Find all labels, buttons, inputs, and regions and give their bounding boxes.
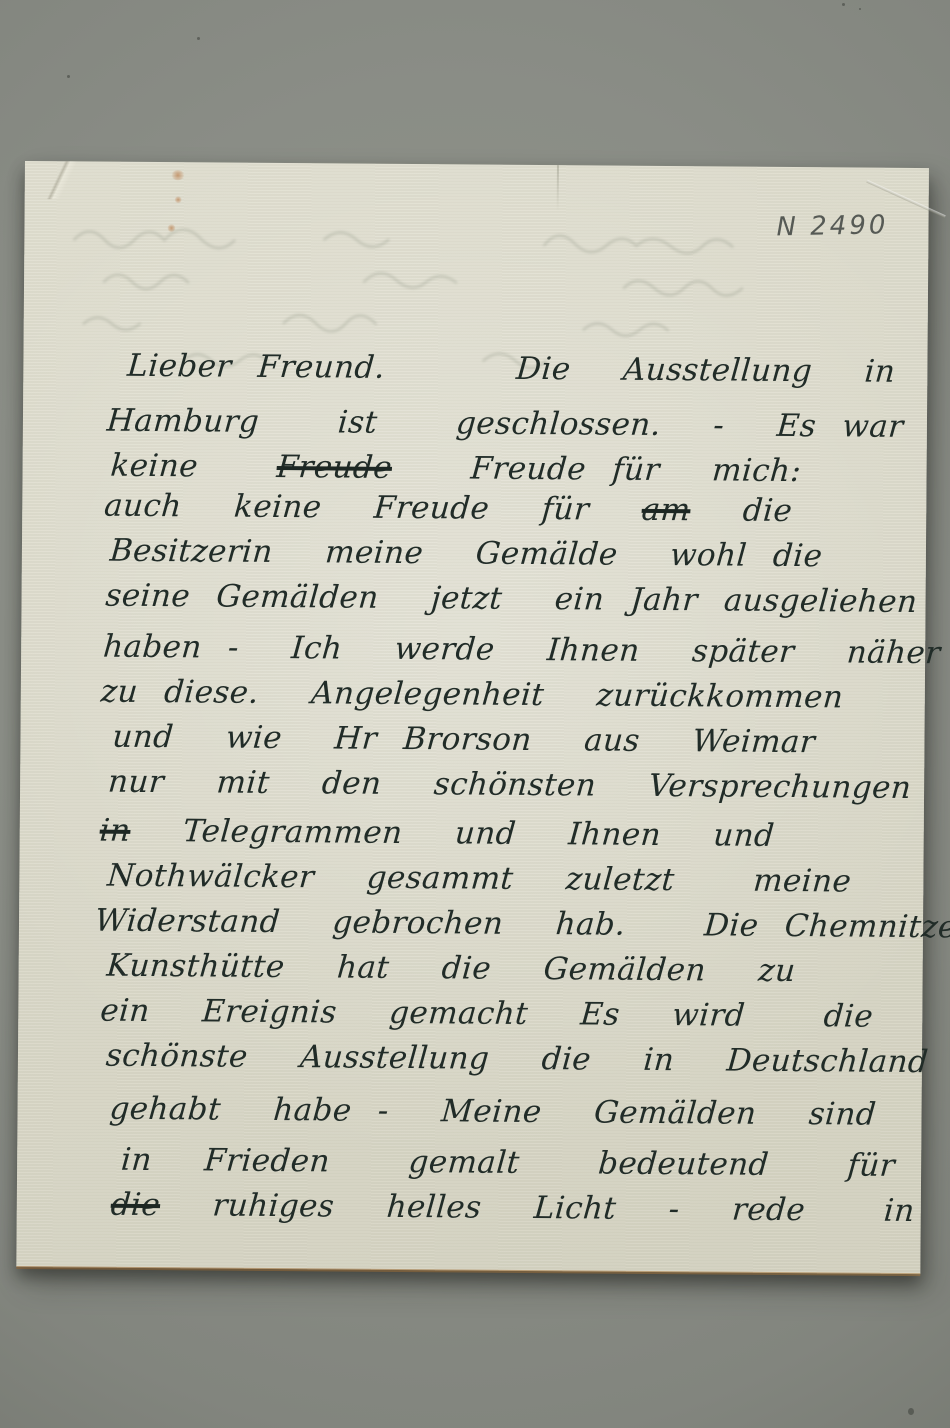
dust-speck <box>908 1408 914 1415</box>
letter-text-segment: auch keine Freude für <box>103 488 643 528</box>
letter-text-segment: Lieber Freund. Die Ausstellung in <box>126 348 897 390</box>
crossed-out-word: am <box>640 492 691 528</box>
crossed-out-word: in <box>98 813 131 849</box>
letter-text-segment: Freude für mich: <box>391 450 803 489</box>
letter-text-segment: schönste Ausstellung die in Deutschland <box>105 1038 930 1080</box>
letter-paper: N 2490 Lieber Freund. Die Ausstellung in… <box>16 161 929 1274</box>
letter-text-segment: seine Gemälden jetzt ein Jahr ausgeliehe… <box>104 578 919 620</box>
dust-speck <box>197 37 200 40</box>
letter-line: haben - Ich werde Ihnen später näher <box>19 624 926 676</box>
letter-text-segment: keine <box>109 448 278 485</box>
crossed-out-word: die <box>109 1187 161 1223</box>
inventory-number: N 2490 <box>776 210 888 242</box>
letter-text-segment: Besitzerin meine Gemälde wohl die <box>109 533 824 575</box>
rust-stain <box>175 196 182 203</box>
letter-text-segment: haben - Ich werde Ihnen später näher <box>102 629 942 672</box>
letter-text-segment: nur mit den schönsten Versprechungen <box>107 764 913 806</box>
letter-line: Kunsthütte hat die Gemälden zu <box>17 943 924 995</box>
letter-line: die ruhiges helles Licht - rede in <box>15 1182 922 1234</box>
letter-line: in Telegrammen und Ihnen und <box>18 808 925 860</box>
letter-text-segment: ein Ereignis gemacht Es wird die <box>99 993 875 1035</box>
letter-text-segment: Nothwälcker gesammt zuletzt meine <box>106 858 853 900</box>
letter-line: Nothwälcker gesammt zuletzt meine <box>18 853 925 905</box>
letter-line: Widerstand gebrochen hab. Die Chemnitzer <box>17 898 924 950</box>
letter-line: seine Gemälden jetzt ein Jahr ausgeliehe… <box>20 573 927 625</box>
paper-crease-top-center <box>557 165 559 211</box>
letter-line: schönste Ausstellung die in Deutschland <box>16 1033 923 1085</box>
letter-line: nur mit den schönsten Versprechungen <box>18 759 925 811</box>
rust-stain <box>167 224 175 232</box>
letter-text-segment: Hamburg ist geschlossen. - Es war <box>106 403 905 445</box>
photograph-background: N 2490 Lieber Freund. Die Ausstellung in… <box>0 0 950 1428</box>
letter-line: auch keine Freude für am die <box>21 483 928 535</box>
letter-text-segment: in Frieden gemalt bedeutend für <box>120 1142 897 1184</box>
letter-text-segment: Telegrammen und Ihnen und <box>129 813 776 854</box>
letter-text-segment: gehabt habe - Meine Gemälden sind <box>108 1091 877 1133</box>
crossed-out-word: Freude <box>275 449 393 486</box>
rust-stain <box>171 170 185 180</box>
letter-text-segment: und wie Hr Brorson aus Weimar <box>111 719 816 760</box>
letter-text-segment: die <box>689 492 794 529</box>
paper-fold-bottom-right <box>25 161 95 200</box>
letter-line: und wie Hr Brorson aus Weimar <box>19 714 926 766</box>
letter-line: gehabt habe - Meine Gemälden sind <box>16 1086 923 1138</box>
letter-text-segment: Kunsthütte hat die Gemälden zu <box>105 948 797 989</box>
dust-speck <box>859 8 861 10</box>
dust-speck <box>842 3 845 6</box>
letter-line: in Frieden gemalt bedeutend für <box>15 1137 922 1189</box>
dust-speck <box>67 75 70 78</box>
letter-line: zu diese. Angelegenheit zurückkommen <box>19 669 926 721</box>
letter-text-segment: zu diese. Angelegenheit zurückkommen <box>99 674 844 716</box>
letter-line: Hamburg ist geschlossen. - Es war <box>21 398 928 450</box>
letter-text-segment: ruhiges helles Licht - rede in <box>159 1187 916 1229</box>
letter-text-segment: Widerstand gebrochen hab. Die Chemnitzer <box>94 903 950 946</box>
letter-line: ein Ereignis gemacht Es wird die <box>17 988 924 1040</box>
letter-body: Lieber Freund. Die Ausstellung inHamburg… <box>17 343 928 1234</box>
letter-line: Besitzerin meine Gemälde wohl die <box>20 528 927 580</box>
letter-line: Lieber Freund. Die Ausstellung in <box>22 343 929 395</box>
